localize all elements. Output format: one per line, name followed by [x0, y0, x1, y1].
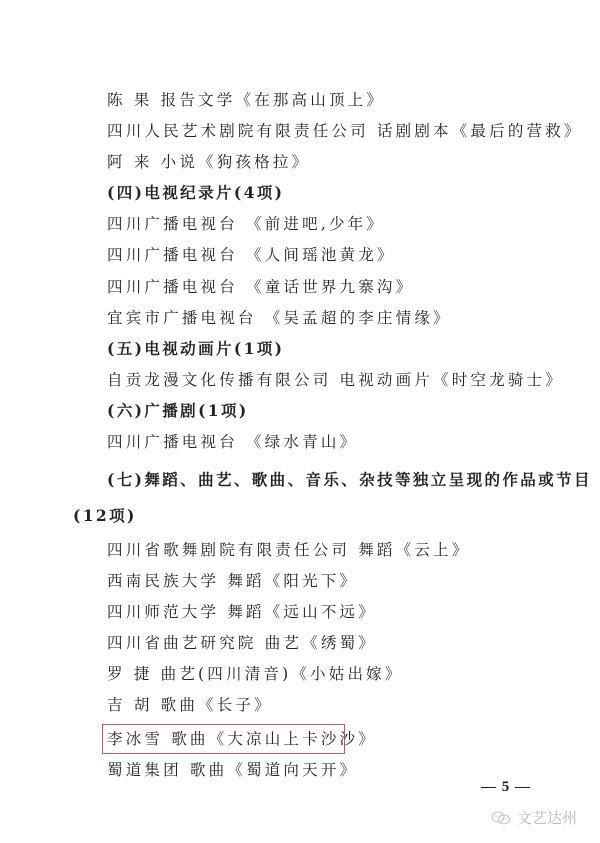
- entry-a-lai: 阿 来 小说《狗孩格拉》: [107, 152, 310, 172]
- entry-sichuan-peoples-art-theatre: 四川人民艺术剧院有限责任公司 话剧剧本《最后的营救》: [107, 121, 583, 141]
- section-heading-radio-drama: (六)广播剧(1项): [107, 401, 249, 421]
- entry-chen-guo: 陈 果 报告文学《在那高山顶上》: [107, 90, 385, 110]
- entry-tv-animation-1: 自贡龙漫文化传播有限公司 电视动画片《时空龙骑士》: [107, 370, 564, 390]
- entry-tv-documentary-4: 宜宾市广播电视台 《吴孟超的李庄情缘》: [107, 308, 452, 328]
- entry-performance-7-highlighted: 李冰雪 歌曲《大凉山上卡沙沙》: [107, 729, 377, 749]
- page-number: — 5 —: [481, 779, 531, 796]
- section-heading-tv-documentary: (四)电视纪录片(4项): [107, 183, 284, 203]
- section-heading-performance: (七)舞蹈、曲艺、歌曲、音乐、杂技等独立呈现的作品或节目: [107, 470, 592, 490]
- entry-tv-documentary-3: 四川广播电视台 《童话世界九寨沟》: [107, 277, 414, 297]
- entry-performance-2: 西南民族大学 舞蹈《阳光下》: [107, 571, 358, 591]
- entry-performance-5: 罗 捷 曲艺(四川清音)《小姑出嫁》: [107, 664, 404, 684]
- entry-performance-4: 四川省曲艺研究院 曲艺《绣蜀》: [107, 633, 377, 653]
- wechat-icon: [491, 811, 511, 825]
- entry-performance-1: 四川省歌舞剧院有限责任公司 舞蹈《云上》: [107, 540, 470, 560]
- section-heading-tv-animation: (五)电视动画片(1项): [107, 339, 284, 359]
- section-heading-performance-count: (12项): [73, 506, 137, 526]
- entry-tv-documentary-2: 四川广播电视台 《人间瑶池黄龙》: [107, 245, 396, 265]
- entry-tv-documentary-1: 四川广播电视台 《前进吧,少年》: [107, 214, 385, 234]
- entry-performance-8: 蜀道集团 歌曲《蜀道向天开》: [107, 760, 358, 780]
- entry-performance-6: 吉 胡 歌曲《长子》: [107, 695, 273, 715]
- entry-radio-drama-1: 四川广播电视台 《绿水青山》: [107, 432, 358, 452]
- entry-performance-3: 四川师范大学 舞蹈《远山不远》: [107, 602, 377, 622]
- watermark: 文艺达州: [491, 807, 577, 828]
- watermark-text: 文艺达州: [517, 807, 577, 828]
